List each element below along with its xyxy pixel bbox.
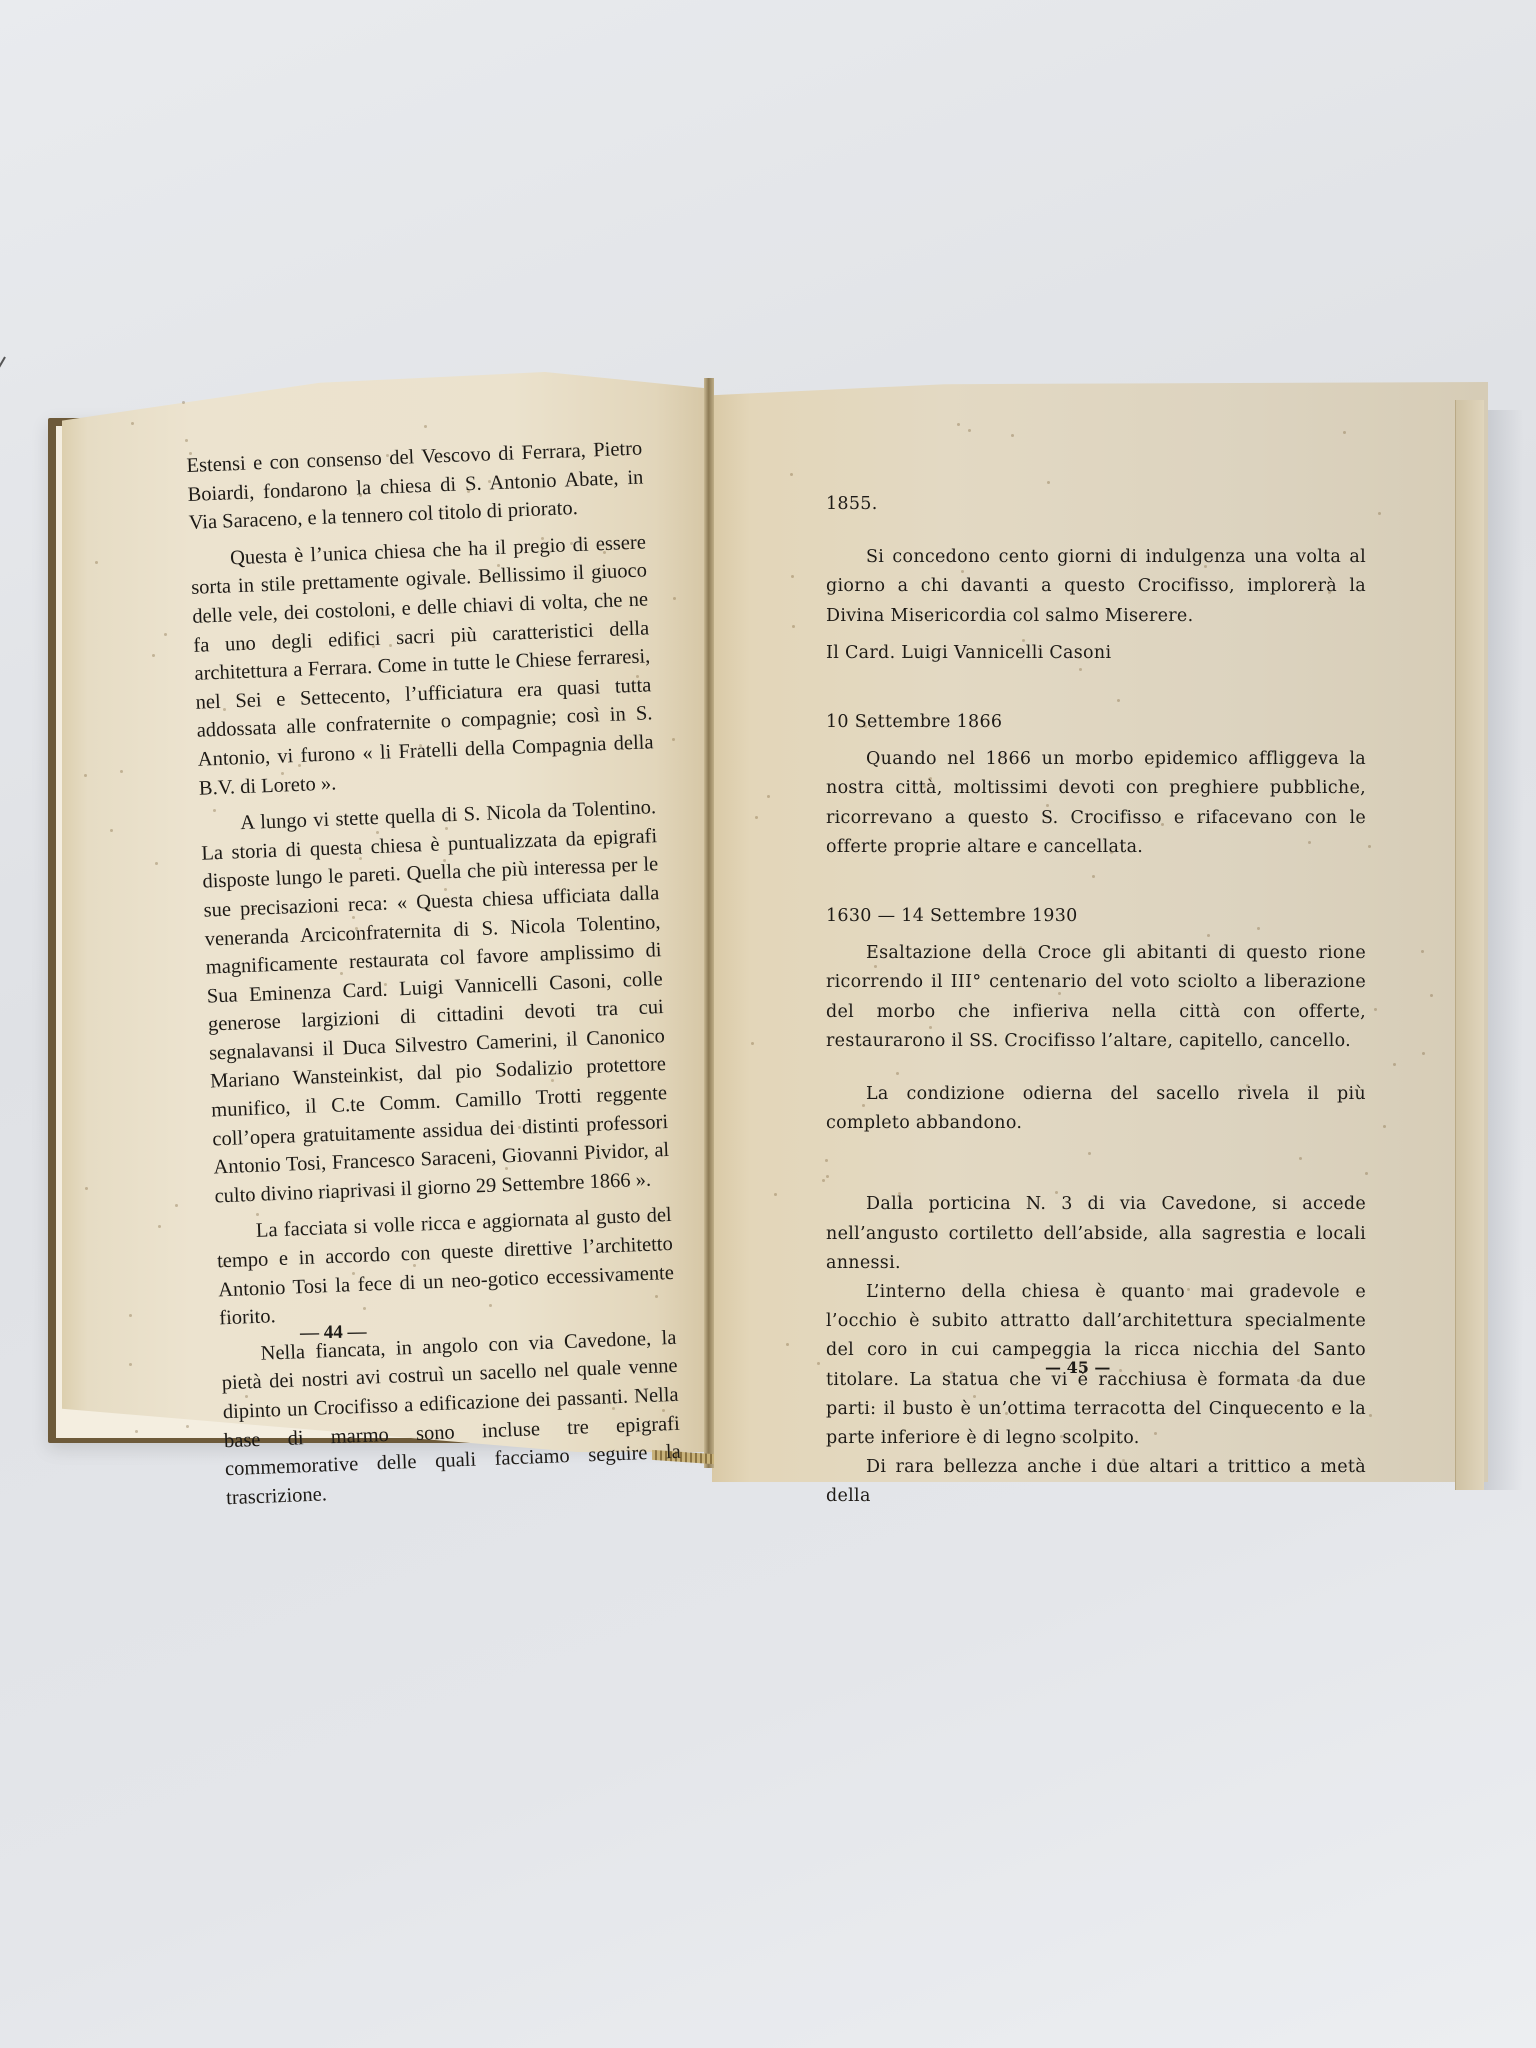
epigraph-date: 1630 — 14 Settembre 1930: [826, 902, 1366, 931]
page-number-left: — 44 —: [300, 1321, 367, 1344]
paper-speck: [1154, 1432, 1157, 1435]
paper-speck: [424, 425, 427, 428]
paragraph: Esaltazione della Croce gli abitanti di …: [826, 939, 1366, 1056]
paper-speck: [85, 1187, 88, 1190]
book-gutter: [704, 378, 714, 1468]
paper-speck: [896, 1072, 899, 1075]
paper-speck: [443, 859, 446, 862]
paper-speck: [655, 1295, 658, 1298]
paper-speck: [355, 927, 358, 930]
paper-speck: [1117, 699, 1120, 702]
paper-speck: [874, 965, 877, 968]
page-edge: [1455, 400, 1484, 1490]
paper-speck: [186, 1425, 189, 1428]
paragraph: La condizione odierna del sacello rivela…: [826, 1080, 1366, 1138]
paper-speck: [120, 770, 123, 773]
paper-speck: [129, 1314, 132, 1317]
paper-speck: [786, 1343, 789, 1346]
paper-speck: [541, 537, 544, 540]
paper-speck: [1055, 1191, 1058, 1194]
paper-speck: [110, 829, 113, 832]
paper-speck: [1092, 875, 1095, 878]
paper-speck: [454, 818, 457, 821]
paper-speck: [1187, 1288, 1190, 1291]
paper-speck: [223, 708, 226, 711]
paper-speck: [662, 1409, 665, 1412]
paper-speck: [1374, 1008, 1377, 1011]
paper-speck: [281, 772, 284, 775]
paper-speck: [551, 1079, 554, 1082]
left-page-text: Estensi e con consenso del Vescovo di Fe…: [186, 434, 682, 1512]
paper-speck: [1343, 431, 1346, 434]
paper-speck: [1297, 1379, 1300, 1382]
paragraph: Dalla porticina N. 3 di via Cavedone, si…: [826, 1190, 1366, 1278]
paragraph: Di rara bellezza anche i due altari a tr…: [826, 1453, 1366, 1511]
paper-speck: [488, 480, 491, 483]
paper-speck: [497, 564, 500, 567]
paragraph: Quando nel 1866 un morbo epidemico affli…: [826, 745, 1366, 862]
paper-speck: [413, 1264, 416, 1267]
paragraph: Nella fiancata, in angolo con via Cavedo…: [220, 1324, 682, 1513]
paper-speck: [1368, 845, 1371, 848]
paper-speck: [502, 1073, 505, 1076]
paragraph: La facciata si volle ricca e aggiornata …: [215, 1201, 675, 1333]
paper-speck: [175, 1204, 178, 1207]
book-shadow: [1483, 410, 1523, 1490]
paragraph: Questa è l’unica chiesa che ha il pregio…: [190, 528, 656, 803]
epigraph-signature: Il Card. Luigi Vannicelli Casoni: [826, 639, 1366, 668]
paper-speck: [1047, 481, 1050, 484]
page-number-right: — 45 —: [1045, 1358, 1110, 1377]
paper-speck: [791, 575, 794, 578]
paper-speck: [1060, 1435, 1063, 1438]
paper-speck: [419, 744, 422, 747]
paper-speck: [1369, 1414, 1372, 1417]
paper-speck: [244, 646, 247, 649]
paper-speck: [95, 561, 98, 564]
paragraph: A lungo vi stette quella di S. Nicola da…: [200, 793, 671, 1211]
paper-speck: [1207, 934, 1210, 937]
paper-speck: [1200, 819, 1203, 822]
paper-speck: [1393, 1063, 1396, 1066]
background-mark: [0, 356, 13, 373]
paper-speck: [898, 1192, 901, 1195]
paper-speck: [155, 862, 158, 865]
paper-speck: [182, 401, 185, 404]
paper-speck: [1066, 1460, 1069, 1463]
paper-speck: [1022, 639, 1025, 642]
paper-speck: [1011, 434, 1014, 437]
paper-speck: [825, 1159, 828, 1162]
epigraph-date: 10 Settembre 1866: [826, 708, 1366, 737]
paragraph: Si concedono cento giorni di indulgenza …: [826, 543, 1366, 631]
paper-speck: [790, 473, 793, 476]
paper-speck: [1328, 591, 1331, 594]
paper-speck: [497, 692, 500, 695]
paper-speck: [673, 597, 676, 600]
paper-speck: [158, 1225, 161, 1228]
paper-speck: [923, 785, 926, 788]
paper-speck: [131, 422, 134, 425]
paper-speck: [152, 654, 155, 657]
paper-speck: [636, 675, 639, 678]
epigraph-date: 1855.: [826, 490, 1366, 519]
paragraph: Estensi e con consenso del Vescovo di Fe…: [186, 434, 645, 537]
paper-speck: [185, 439, 188, 442]
paper-speck: [957, 423, 960, 426]
paper-speck: [352, 916, 355, 919]
paper-speck: [467, 490, 470, 493]
paper-speck: [817, 1362, 820, 1365]
paper-speck: [1308, 841, 1311, 844]
